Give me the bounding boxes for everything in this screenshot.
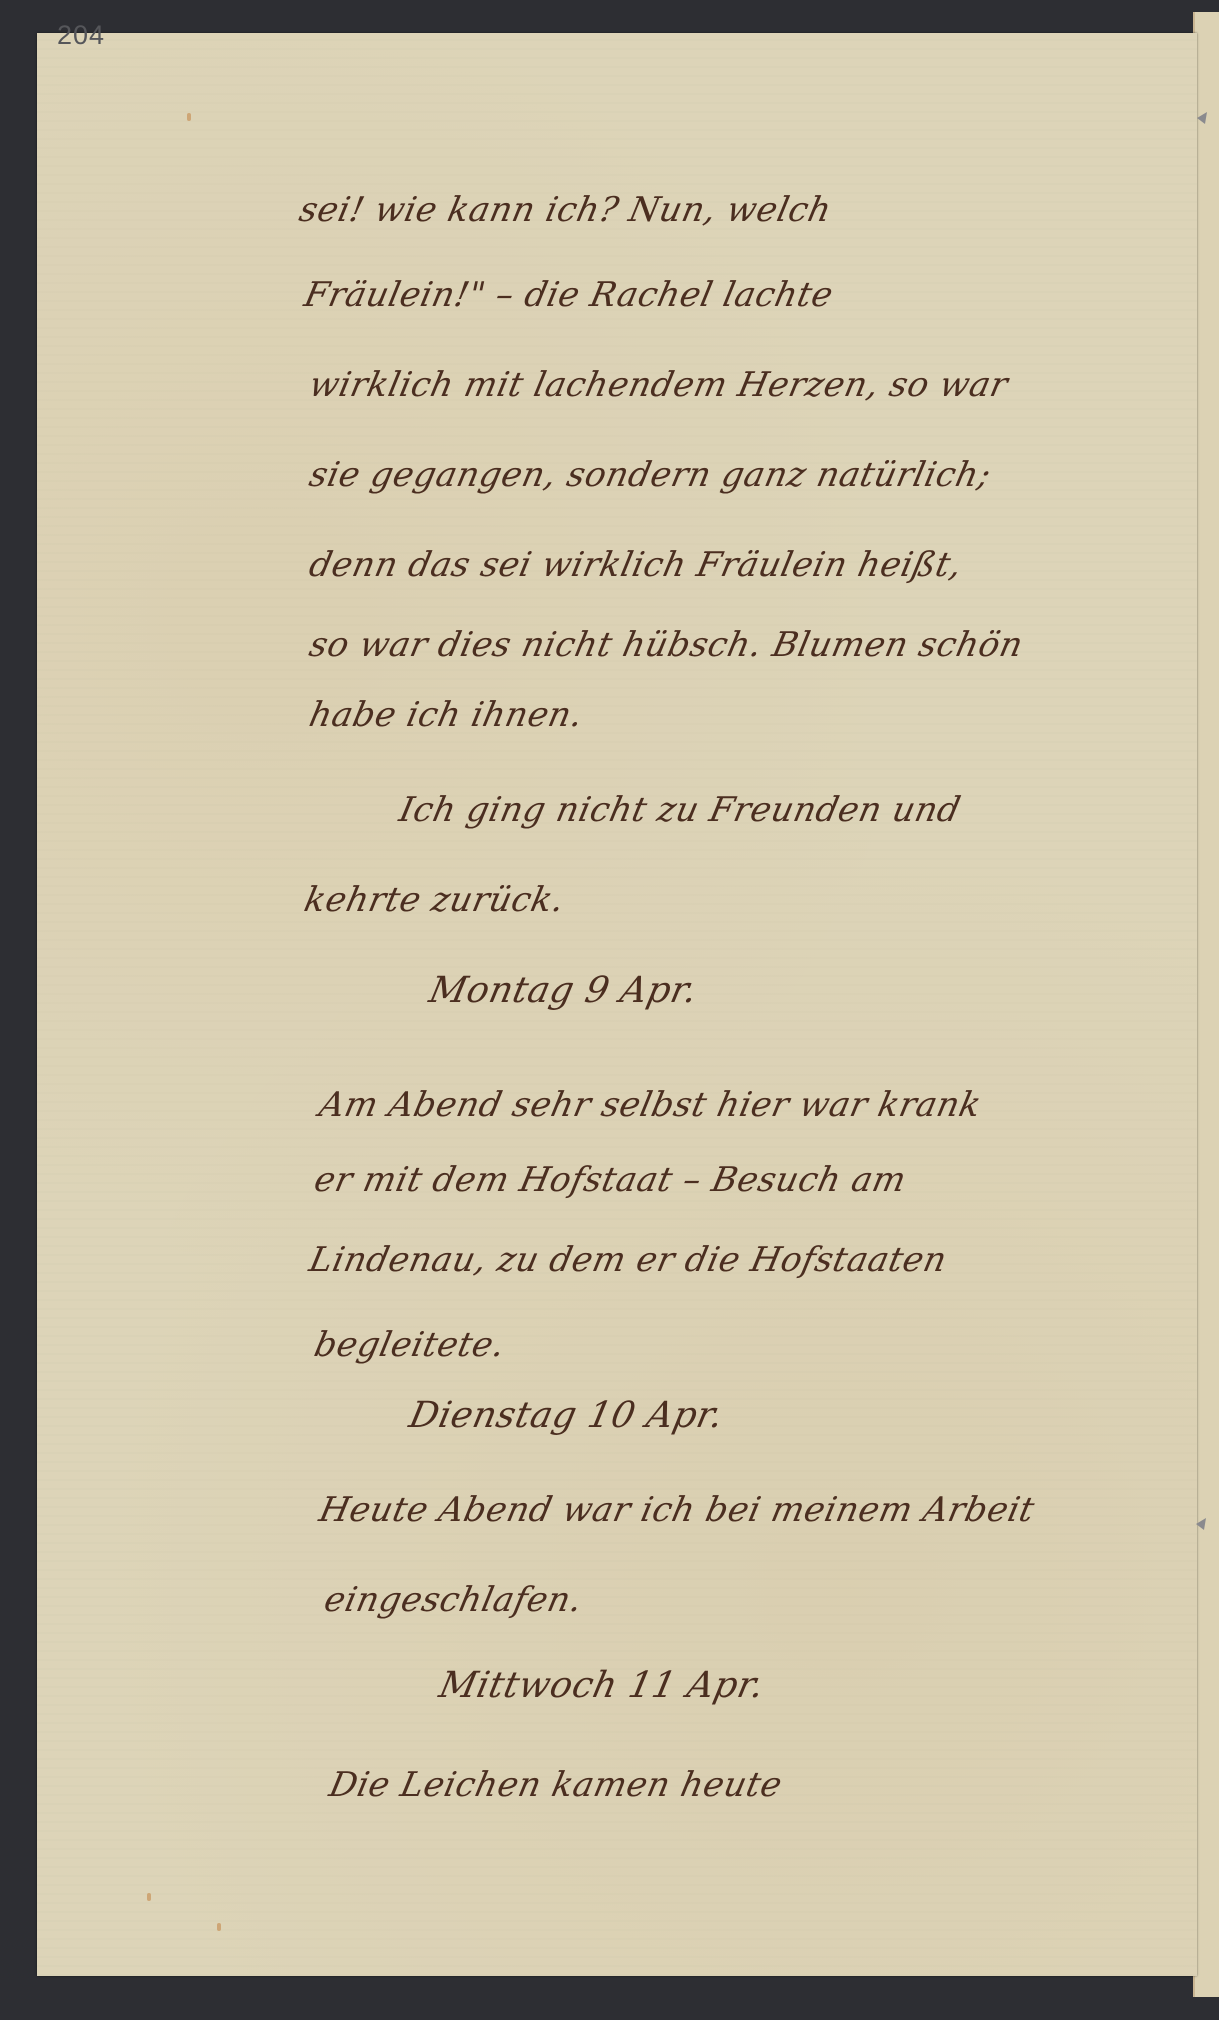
paper-spot xyxy=(187,113,191,121)
text-line: Heute Abend war ich bei meinem Arbeit xyxy=(316,1490,1038,1530)
text-line: Am Abend sehr selbst hier war krank xyxy=(316,1085,985,1125)
text-line: er mit dem Hofstaat – Besuch am xyxy=(311,1160,910,1200)
text-line: habe ich ihnen. xyxy=(306,695,587,735)
diary-date-heading: Mittwoch 11 Apr. xyxy=(436,1665,768,1706)
text-line: Fräulein!" – die Rachel lachte xyxy=(301,275,837,315)
text-line: so war dies nicht hübsch. Blumen schön xyxy=(306,625,1027,665)
diary-date-heading: Dienstag 10 Apr. xyxy=(406,1395,727,1436)
text-line: Lindenau, zu dem er die Hofstaaten xyxy=(306,1240,951,1280)
text-line: begleitete. xyxy=(311,1325,509,1365)
text-line: denn das sei wirklich Fräulein heißt, xyxy=(306,545,966,585)
paper-spot xyxy=(147,1893,151,1901)
paper-spot xyxy=(217,1923,221,1931)
text-line: eingeschlafen. xyxy=(321,1580,586,1620)
diary-date-heading: Montag 9 Apr. xyxy=(426,970,701,1011)
text-line: Ich ging nicht zu Freunden und xyxy=(396,790,965,830)
text-line: sei! wie kann ich? Nun, welch xyxy=(296,190,835,230)
text-line: wirklich mit lachendem Herzen, so war xyxy=(306,365,1012,405)
folio-number: 204 xyxy=(57,20,105,51)
text-line: Die Leichen kamen heute xyxy=(326,1765,786,1805)
text-line: sie gegangen, sondern ganz natürlich; xyxy=(306,455,995,495)
text-line: kehrte zurück. xyxy=(301,880,568,920)
